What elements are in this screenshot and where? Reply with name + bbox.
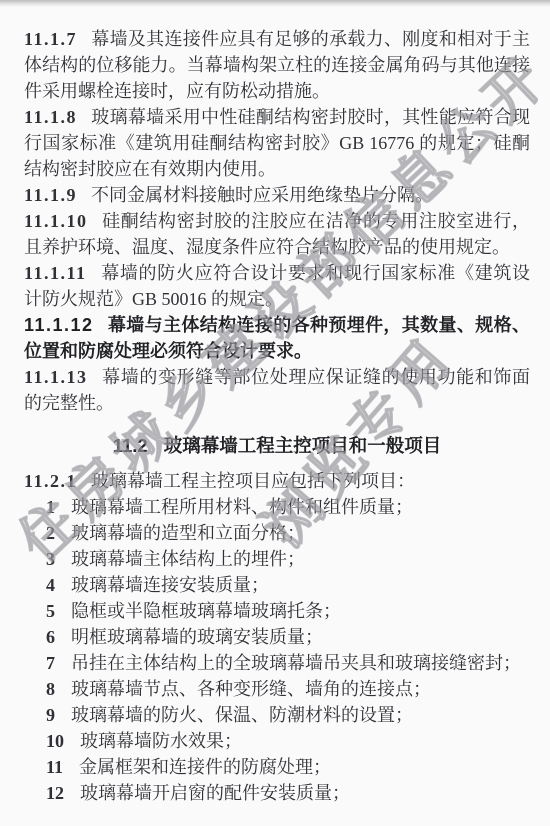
item-number: 7: [46, 653, 55, 673]
section-number: 11.2: [113, 435, 148, 456]
item-text: 明框玻璃幕墙的玻璃安装质量；: [71, 627, 323, 647]
clause-paragraph: 11.1.9不同金属材料接触时应采用绝缘垫片分隔。: [24, 182, 530, 208]
item-text: 隐框或半隐框玻璃幕墙玻璃托条；: [71, 601, 341, 621]
item-text: 玻璃幕墙主体结构上的埋件；: [71, 549, 305, 569]
lead-clause-paragraph: 11.2.1玻璃幕墙工程主控项目应包括下列项目：: [24, 468, 530, 494]
clause-number: 11.1.11: [24, 263, 87, 283]
item-text: 玻璃幕墙开启窗的配件安装质量；: [80, 783, 350, 803]
clause-block-11-1: 11.1.7幕墙及其连接件应具有足够的承载力、刚度和相对于主体结构的位移能力。当…: [24, 26, 530, 416]
clause-paragraph: 11.1.8玻璃幕墙采用中性硅酮结构密封胶时，其性能应符合现行国家标准《建筑用硅…: [24, 104, 530, 182]
clause-text: 幕墙的防火应符合设计要求和现行国家标准《建筑设计防火规范》GB 50016 的规…: [24, 263, 530, 309]
clause-number: 11.1.13: [24, 367, 88, 387]
item-number: 10: [46, 731, 64, 751]
item-number: 1: [46, 497, 55, 517]
clause-number: 11.1.7: [24, 29, 77, 49]
clause-text: 幕墙的变形缝等部位处理应保证缝的使用功能和饰面的完整性。: [24, 367, 530, 413]
list-item: 9玻璃幕墙的防火、保温、防潮材料的设置；: [24, 702, 530, 728]
item-text: 吊挂在主体结构上的全玻璃幕墙吊夹具和玻璃接缝密封；: [71, 653, 521, 673]
clause-number: 11.2.1: [24, 471, 77, 491]
clause-text: 硅酮结构密封胶的注胶应在洁净的专用注胶室进行，且养护环境、温度、湿度条件应符合结…: [24, 211, 530, 257]
item-number: 11: [46, 757, 63, 777]
item-text: 玻璃幕墙节点、各种变形缝、墙角的连接点；: [71, 679, 431, 699]
clause-number: 11.1.10: [24, 211, 88, 231]
item-text: 金属框架和连接件的防腐处理；: [79, 757, 331, 777]
document-content: 11.1.7幕墙及其连接件应具有足够的承载力、刚度和相对于主体结构的位移能力。当…: [0, 0, 550, 806]
item-number: 5: [46, 601, 55, 621]
clause-paragraph: 11.1.12幕墙与主体结构连接的各种预埋件，其数量、规格、位置和防腐处理必须符…: [24, 312, 530, 364]
item-text: 玻璃幕墙工程所用材料、构件和组件质量；: [71, 497, 413, 517]
clause-paragraph: 11.1.13幕墙的变形缝等部位处理应保证缝的使用功能和饰面的完整性。: [24, 364, 530, 416]
item-number: 6: [46, 627, 55, 647]
section-heading: 11.2玻璃幕墙工程主控项目和一般项目: [24, 433, 530, 459]
list-item: 12玻璃幕墙开启窗的配件安装质量；: [24, 780, 530, 806]
clause-number: 11.1.9: [24, 185, 77, 205]
list-item: 4玻璃幕墙连接安装质量；: [24, 572, 530, 598]
list-item: 6明框玻璃幕墙的玻璃安装质量；: [24, 624, 530, 650]
list-item: 10玻璃幕墙防水效果；: [24, 728, 530, 754]
clause-text: 不同金属材料接触时应采用绝缘垫片分隔。: [91, 185, 433, 205]
section-title: 玻璃幕墙工程主控项目和一般项目: [164, 435, 442, 456]
clause-number: 11.1.12: [24, 315, 94, 335]
item-text: 玻璃幕墙连接安装质量；: [71, 575, 269, 595]
item-text: 玻璃幕墙的防火、保温、防潮材料的设置；: [71, 705, 413, 725]
clause-number: 11.1.8: [24, 107, 77, 127]
item-number: 4: [46, 575, 55, 595]
clause-text: 玻璃幕墙采用中性硅酮结构密封胶时，其性能应符合现行国家标准《建筑用硅酮结构密封胶…: [24, 107, 530, 179]
clause-paragraph: 11.1.10硅酮结构密封胶的注胶应在洁净的专用注胶室进行，且养护环境、温度、湿…: [24, 208, 530, 260]
list-item: 3玻璃幕墙主体结构上的埋件；: [24, 546, 530, 572]
item-text: 玻璃幕墙的造型和立面分格；: [71, 523, 305, 543]
list-item: 2玻璃幕墙的造型和立面分格；: [24, 520, 530, 546]
item-number: 9: [46, 705, 55, 725]
item-number: 8: [46, 679, 55, 699]
list-item: 8玻璃幕墙节点、各种变形缝、墙角的连接点；: [24, 676, 530, 702]
item-text: 玻璃幕墙防水效果；: [80, 731, 242, 751]
clause-text: 幕墙及其连接件应具有足够的承载力、刚度和相对于主体结构的位移能力。当幕墙构架立柱…: [24, 29, 530, 101]
scanned-standard-page: { "watermark": { "line1": "住房城乡建设部信息公开",…: [0, 0, 550, 826]
item-number: 12: [46, 783, 64, 803]
list-item: 7吊挂在主体结构上的全玻璃幕墙吊夹具和玻璃接缝密封；: [24, 650, 530, 676]
clause-paragraph: 11.1.7幕墙及其连接件应具有足够的承载力、刚度和相对于主体结构的位移能力。当…: [24, 26, 530, 104]
clause-text: 玻璃幕墙工程主控项目应包括下列项目：: [91, 471, 415, 491]
item-number: 2: [46, 523, 55, 543]
list-item: 5隐框或半隐框玻璃幕墙玻璃托条；: [24, 598, 530, 624]
clause-text: 幕墙与主体结构连接的各种预埋件，其数量、规格、位置和防腐处理必须符合设计要求。: [24, 315, 530, 361]
numbered-item-list: 1玻璃幕墙工程所用材料、构件和组件质量；2玻璃幕墙的造型和立面分格；3玻璃幕墙主…: [24, 494, 530, 806]
clause-paragraph: 11.1.11幕墙的防火应符合设计要求和现行国家标准《建筑设计防火规范》GB 5…: [24, 260, 530, 312]
list-item: 11金属框架和连接件的防腐处理；: [24, 754, 530, 780]
item-number: 3: [46, 549, 55, 569]
list-item: 1玻璃幕墙工程所用材料、构件和组件质量；: [24, 494, 530, 520]
